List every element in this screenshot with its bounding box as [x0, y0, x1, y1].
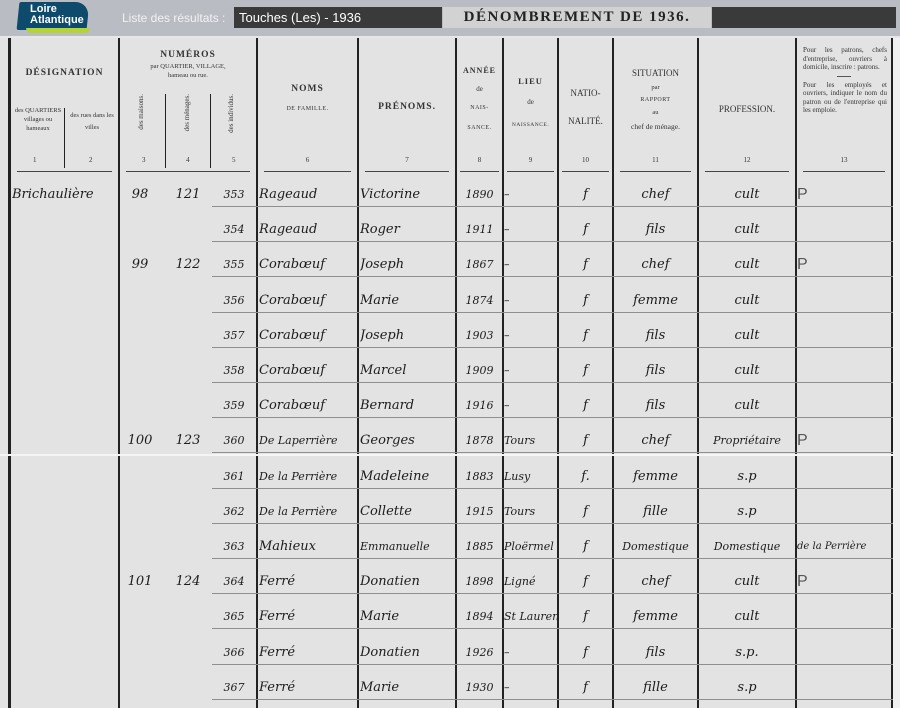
cell-individu: 364	[212, 565, 256, 599]
table-row: 366FerréDonatien1926–ffilss.p.	[0, 636, 893, 671]
selected-result-dropdown[interactable]: Touches (Les) - 1936	[234, 7, 442, 28]
cell-lieu: Tours	[504, 424, 557, 458]
table-row: 365FerréMarie1894St Laurentffemmecult	[0, 600, 893, 635]
cell-annee: 1915	[457, 495, 502, 529]
cell-menage	[164, 495, 212, 529]
header-sub: NAISSANCE.	[504, 122, 557, 128]
logo-line-2: Atlantique	[30, 15, 84, 26]
table-row: 363MahieuxEmmanuelle1885PloërmelfDomesti…	[0, 530, 893, 565]
header-patron-text-1: Pour les patrons, chefs d'entreprise, ou…	[803, 46, 887, 72]
cell-profession: cult	[699, 213, 795, 247]
header-underline	[705, 171, 789, 173]
results-list-label: Liste des résultats :	[122, 11, 225, 25]
cell-lieu: –	[504, 248, 557, 282]
cell-maison	[120, 636, 160, 670]
cell-situation: Domestique	[614, 530, 697, 564]
cell-profession: s.p	[699, 671, 795, 705]
header-num: 10	[559, 156, 612, 164]
cell-individu: 367	[212, 671, 256, 705]
header-title: PRÉNOMS.	[359, 102, 455, 112]
cell-prenom: Collette	[360, 495, 455, 529]
header-num: 4	[186, 156, 190, 164]
cell-situation: femme	[614, 600, 697, 634]
cell-prenom: Bernard	[360, 389, 455, 423]
cell-patron	[797, 636, 891, 670]
header-sub: chef de ménage.	[614, 122, 697, 131]
header-sub: RAPPORT	[614, 97, 697, 103]
cell-lieu: –	[504, 671, 557, 705]
loire-atlantique-logo[interactable]: Loire Atlantique	[18, 2, 88, 32]
cell-quartier	[12, 671, 122, 705]
cell-menage	[164, 636, 212, 670]
header-underline	[460, 171, 499, 173]
cell-quartier	[12, 354, 122, 388]
header-lieu: LIEU de NAISSANCE. 9	[504, 42, 557, 172]
cell-maison	[120, 284, 160, 318]
header-underline	[803, 171, 885, 173]
cell-situation: femme	[614, 284, 697, 318]
header-separator	[837, 76, 851, 77]
cell-nom: Ferré	[259, 600, 357, 634]
cell-individu: 358	[212, 354, 256, 388]
cell-individu: 362	[212, 495, 256, 529]
cell-annee: 1867	[457, 248, 502, 282]
logo-text: Loire Atlantique	[30, 4, 84, 26]
cell-situation: femme	[614, 460, 697, 494]
header-title: LIEU	[504, 76, 557, 86]
cell-annee: 1916	[457, 389, 502, 423]
cell-patron: P	[797, 178, 891, 212]
header-num: 6	[258, 156, 357, 164]
table-row: 358CorabœufMarcel1909–ffilscult	[0, 354, 893, 389]
header-menages: des ménages.	[183, 94, 191, 131]
table-row: 362De la PerrièreCollette1915Toursffille…	[0, 495, 893, 530]
cell-maison	[120, 319, 160, 353]
cell-nat: f	[559, 530, 612, 564]
header-sub: de	[504, 98, 557, 106]
cell-individu: 354	[212, 213, 256, 247]
header-num: 1	[33, 156, 37, 164]
cell-nat: f.	[559, 460, 612, 494]
cell-profession: s.p	[699, 460, 795, 494]
cell-nat: f	[559, 636, 612, 670]
cell-profession: cult	[699, 248, 795, 282]
header-profession: PROFESSION. 12	[699, 42, 795, 172]
cell-maison	[120, 389, 160, 423]
header-title: NUMÉROS	[120, 50, 256, 60]
header-num: 7	[359, 156, 455, 164]
cell-nat: f	[559, 319, 612, 353]
cell-nat: f	[559, 600, 612, 634]
header-numeros: NUMÉROS par QUARTIER, VILLAGE, hameau ou…	[120, 42, 256, 172]
cell-maison: 100	[120, 424, 160, 458]
cell-quartier	[12, 389, 122, 423]
cell-annee: 1903	[457, 319, 502, 353]
table-row: 359CorabœufBernard1916–ffilscult	[0, 389, 893, 424]
header-patron: Pour les patrons, chefs d'entreprise, ou…	[797, 42, 891, 172]
header-num: 2	[89, 156, 93, 164]
cell-profession: cult	[699, 319, 795, 353]
cell-menage	[164, 319, 212, 353]
cell-maison: 99	[120, 248, 160, 282]
table-row: Brichaulière98121353RageaudVictorine1890…	[0, 178, 893, 213]
cell-individu: 356	[212, 284, 256, 318]
header-sub: par	[614, 84, 697, 91]
cell-nat: f	[559, 671, 612, 705]
header-num: 13	[797, 156, 891, 164]
cell-situation: chef	[614, 424, 697, 458]
header-num: 11	[614, 156, 697, 164]
cell-nom: Ferré	[259, 636, 357, 670]
cell-quartier	[12, 495, 122, 529]
cell-menage	[164, 389, 212, 423]
header-noms: NOMS DE FAMILLE. 6	[258, 42, 357, 172]
header-sub-quartiers: des QUARTIERS villages ou hameaux	[13, 106, 63, 133]
cell-quartier	[12, 600, 122, 634]
header-num: 8	[457, 156, 502, 164]
cell-profession: cult	[699, 178, 795, 212]
header-individus: des individus.	[227, 94, 235, 133]
header-underline	[507, 171, 554, 173]
header-num: 12	[699, 156, 795, 164]
cell-menage	[164, 284, 212, 318]
header-title: ANNÉE	[457, 66, 502, 75]
cell-nom: Corabœuf	[259, 319, 357, 353]
cell-lieu: –	[504, 178, 557, 212]
cell-menage: 122	[164, 248, 212, 282]
cell-nom: Corabœuf	[259, 389, 357, 423]
cell-situation: fils	[614, 354, 697, 388]
header-nationalite: NATIO- NALITÉ. 10	[559, 42, 612, 172]
cell-quartier	[12, 530, 122, 564]
cell-profession: s.p	[699, 495, 795, 529]
cell-annee: 1898	[457, 565, 502, 599]
cell-quartier	[12, 248, 122, 282]
header-underline	[620, 171, 691, 173]
cell-quartier	[12, 565, 122, 599]
cell-annee: 1894	[457, 600, 502, 634]
cell-annee: 1930	[457, 671, 502, 705]
cell-quartier	[12, 636, 122, 670]
cell-nat: f	[559, 389, 612, 423]
table-row: 357CorabœufJoseph1903–ffilscult	[0, 319, 893, 354]
cell-menage	[164, 354, 212, 388]
header-underline	[17, 171, 112, 173]
cell-individu: 361	[212, 460, 256, 494]
logo-green-swoosh	[26, 28, 90, 33]
right-edge	[893, 38, 900, 708]
cell-prenom: Joseph	[360, 248, 455, 282]
cell-profession: cult	[699, 354, 795, 388]
census-sheet-image[interactable]: DÉSIGNATION des QUARTIERS villages ou ha…	[0, 38, 900, 708]
header-underline	[562, 171, 609, 173]
cell-maison	[120, 530, 160, 564]
cell-quartier	[12, 213, 122, 247]
cell-prenom: Roger	[360, 213, 455, 247]
cell-quartier	[12, 319, 122, 353]
top-bar: Loire Atlantique Liste des résultats : T…	[0, 0, 900, 38]
cell-prenom: Joseph	[360, 319, 455, 353]
header-situation: SITUATION par RAPPORT au chef de ménage.…	[614, 42, 697, 172]
cell-nat: f	[559, 495, 612, 529]
cell-menage: 121	[164, 178, 212, 212]
header-underline	[365, 171, 449, 173]
cell-nat: f	[559, 213, 612, 247]
cell-menage: 123	[164, 424, 212, 458]
cell-menage	[164, 671, 212, 705]
cell-situation: fils	[614, 319, 697, 353]
cell-individu: 359	[212, 389, 256, 423]
cell-nat: f	[559, 178, 612, 212]
cell-individu: 366	[212, 636, 256, 670]
cell-patron: P	[797, 565, 891, 599]
title-bar-filler	[712, 7, 896, 28]
header-sub-rues: des rues dans les villes	[67, 110, 117, 134]
cell-profession: cult	[699, 389, 795, 423]
cell-maison	[120, 495, 160, 529]
cell-individu: 363	[212, 530, 256, 564]
cell-prenom: Donatien	[360, 636, 455, 670]
header-sub: DE FAMILLE.	[258, 106, 357, 112]
cell-situation: fille	[614, 495, 697, 529]
cell-situation: fils	[614, 213, 697, 247]
cell-patron	[797, 495, 891, 529]
cell-nom: Corabœuf	[259, 284, 357, 318]
header-num: 9	[504, 156, 557, 164]
cell-annee: 1874	[457, 284, 502, 318]
cell-annee: 1878	[457, 424, 502, 458]
cell-lieu: –	[504, 213, 557, 247]
cell-annee: 1926	[457, 636, 502, 670]
header-maisons: des maisons.	[137, 94, 145, 130]
cell-patron	[797, 319, 891, 353]
cell-prenom: Victorine	[360, 178, 455, 212]
cell-lieu: Tours	[504, 495, 557, 529]
cell-annee: 1909	[457, 354, 502, 388]
cell-maison	[120, 600, 160, 634]
cell-nat: f	[559, 424, 612, 458]
cell-annee: 1883	[457, 460, 502, 494]
cell-patron: P	[797, 424, 891, 458]
cell-lieu: Ploërmel	[504, 530, 557, 564]
cell-maison	[120, 354, 160, 388]
cell-patron	[797, 354, 891, 388]
header-sub: par QUARTIER, VILLAGE, hameau ou rue.	[143, 62, 233, 80]
cell-maison: 101	[120, 565, 160, 599]
cell-nom: Rageaud	[259, 178, 357, 212]
table-row: 367FerréMarie1930–ffilles.p	[0, 671, 893, 706]
table-row: 100123360De LaperrièreGeorges1878Toursfc…	[0, 424, 893, 459]
cell-prenom: Marcel	[360, 354, 455, 388]
cell-patron: de la Perrière	[797, 530, 891, 564]
header-underline	[264, 171, 351, 173]
cell-individu: 353	[212, 178, 256, 212]
cell-nom: De la Perrière	[259, 495, 357, 529]
cell-nat: f	[559, 284, 612, 318]
cell-nat: f	[559, 354, 612, 388]
cell-quartier	[12, 284, 122, 318]
table-row: 361De la PerrièreMadeleine1883Lusyf.femm…	[0, 460, 893, 495]
cell-maison	[120, 213, 160, 247]
cell-maison	[120, 460, 160, 494]
header-title: NATIO-	[559, 88, 612, 98]
cell-patron	[797, 671, 891, 705]
cell-prenom: Marie	[360, 284, 455, 318]
cell-profession: s.p.	[699, 636, 795, 670]
cell-patron	[797, 389, 891, 423]
cell-individu: 360	[212, 424, 256, 458]
cell-patron	[797, 284, 891, 318]
header-title: DÉSIGNATION	[11, 68, 118, 78]
cell-nat: f	[559, 248, 612, 282]
cell-individu: 355	[212, 248, 256, 282]
header-title: PROFESSION.	[699, 104, 795, 114]
table-row: 356CorabœufMarie1874–ffemmecult	[0, 284, 893, 319]
cell-annee: 1890	[457, 178, 502, 212]
cell-nom: De la Perrière	[259, 460, 357, 494]
cell-profession: Domestique	[699, 530, 795, 564]
cell-individu: 357	[212, 319, 256, 353]
header-title: NALITÉ.	[559, 116, 612, 126]
header-prenoms: PRÉNOMS. 7	[359, 42, 455, 172]
cell-quartier	[12, 424, 122, 458]
cell-profession: cult	[699, 565, 795, 599]
cell-lieu: Lusy	[504, 460, 557, 494]
cell-menage	[164, 460, 212, 494]
cell-prenom: Donatien	[360, 565, 455, 599]
cell-patron: P	[797, 248, 891, 282]
header-patron-text-2: Pour les employés et ouvriers, indiquer …	[803, 81, 887, 115]
cell-menage: 124	[164, 565, 212, 599]
header-sub: NAIS-	[457, 105, 502, 111]
cell-nom: Ferré	[259, 565, 357, 599]
cell-lieu: –	[504, 354, 557, 388]
cell-situation: chef	[614, 248, 697, 282]
cell-situation: fils	[614, 389, 697, 423]
cell-situation: chef	[614, 565, 697, 599]
cell-patron	[797, 213, 891, 247]
cell-profession: cult	[699, 284, 795, 318]
cell-menage	[164, 600, 212, 634]
table-row: 99122355CorabœufJoseph1867–fchefcultP	[0, 248, 893, 283]
table-row: 101124364FerréDonatien1898Lignéfchefcult…	[0, 565, 893, 600]
table-row: 354RageaudRoger1911–ffilscult	[0, 213, 893, 248]
header-num: 3	[142, 156, 146, 164]
header-sub: au	[614, 109, 697, 116]
cell-lieu: –	[504, 284, 557, 318]
cell-profession: Propriétaire	[699, 424, 795, 458]
cell-quartier: Brichaulière	[12, 178, 122, 212]
cell-prenom: Georges	[360, 424, 455, 458]
header-num: 5	[232, 156, 236, 164]
cell-individu: 365	[212, 600, 256, 634]
cell-prenom: Madeleine	[360, 460, 455, 494]
cell-prenom: Marie	[360, 600, 455, 634]
header-title: SITUATION	[614, 68, 697, 78]
header-underline	[126, 171, 250, 173]
cell-nom: Mahieux	[259, 530, 357, 564]
cell-lieu: St Laurent	[504, 600, 557, 634]
header-designation: DÉSIGNATION des QUARTIERS villages ou ha…	[11, 42, 118, 172]
cell-prenom: Emmanuelle	[360, 530, 455, 564]
header-title: NOMS	[258, 84, 357, 94]
cell-annee: 1885	[457, 530, 502, 564]
cell-nat: f	[559, 565, 612, 599]
cell-lieu: –	[504, 636, 557, 670]
header-sub: de	[457, 85, 502, 93]
cell-maison	[120, 671, 160, 705]
cell-quartier	[12, 460, 122, 494]
cell-situation: chef	[614, 178, 697, 212]
cell-nom: Rageaud	[259, 213, 357, 247]
header-sub: SANCE.	[457, 125, 502, 131]
cell-maison: 98	[120, 178, 160, 212]
cell-menage	[164, 213, 212, 247]
cell-nom: Corabœuf	[259, 248, 357, 282]
document-title: DÉNOMBREMENT DE 1936.	[443, 7, 711, 28]
cell-lieu: Ligné	[504, 565, 557, 599]
header-annee: ANNÉE de NAIS- SANCE. 8	[457, 42, 502, 172]
cell-nom: De Laperrière	[259, 424, 357, 458]
cell-lieu: –	[504, 389, 557, 423]
cell-situation: fils	[614, 636, 697, 670]
cell-patron	[797, 600, 891, 634]
cell-nom: Ferré	[259, 671, 357, 705]
cell-situation: fille	[614, 671, 697, 705]
cell-menage	[164, 530, 212, 564]
cell-nom: Corabœuf	[259, 354, 357, 388]
cell-annee: 1911	[457, 213, 502, 247]
cell-patron	[797, 460, 891, 494]
cell-profession: cult	[699, 600, 795, 634]
cell-prenom: Marie	[360, 671, 455, 705]
cell-lieu: –	[504, 319, 557, 353]
